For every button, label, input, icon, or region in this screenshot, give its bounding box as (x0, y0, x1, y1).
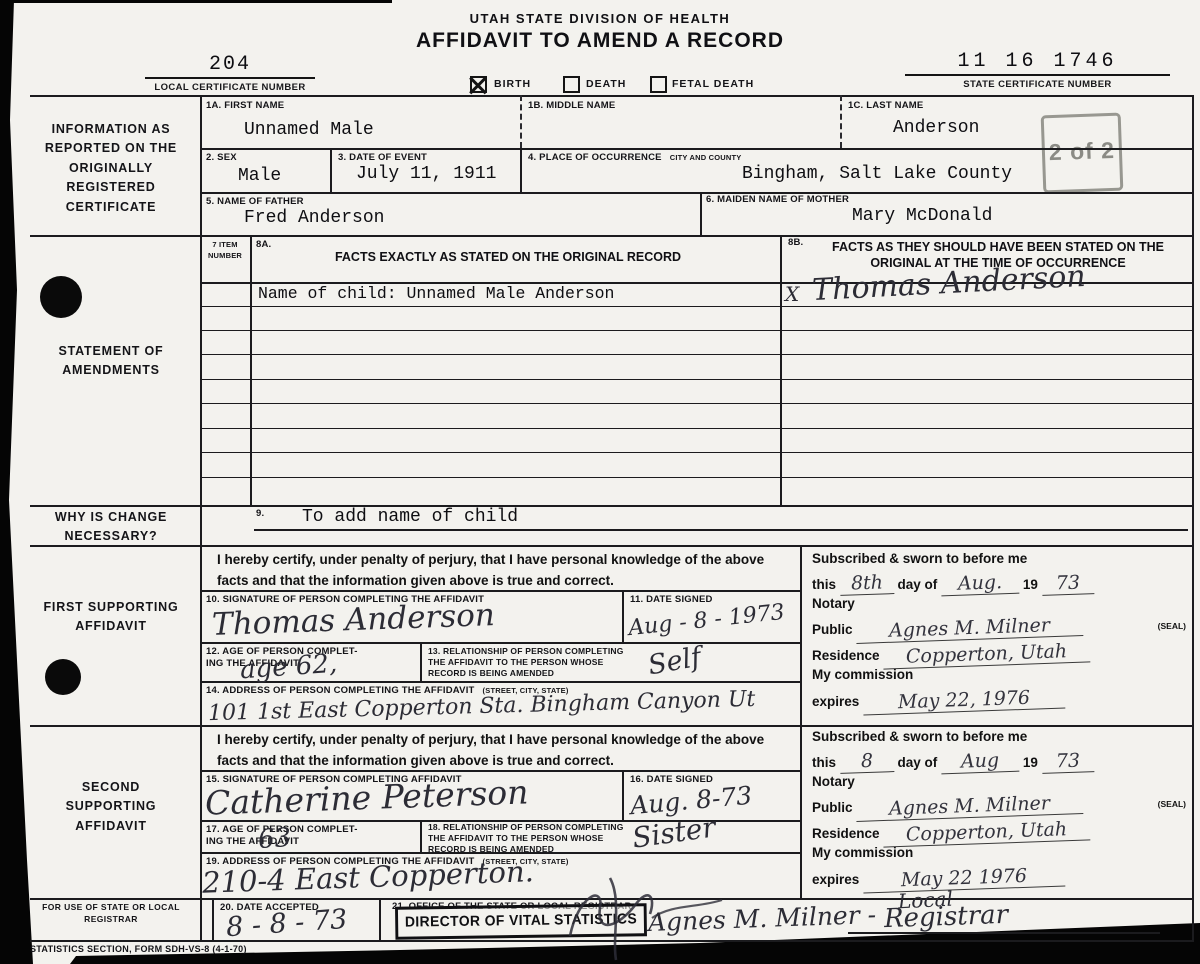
why-change-item-no: 9. (256, 508, 264, 520)
notary1-public-line: Public Agnes M. Milner (812, 617, 1083, 640)
notary2-expires-value: May 22 1976 (863, 863, 1066, 893)
aff1-relationship-value: Self (646, 642, 704, 682)
notary1-expires-line: expires May 22, 1976 (812, 689, 1065, 712)
notary1-residence-line: Residence Copperton, Utah (812, 643, 1090, 666)
amendment-original-text: Name of child: Unnamed Male Anderson (258, 284, 614, 303)
notary2-month-value: Aug (941, 749, 1020, 775)
notary2-day-value: 8 (839, 749, 894, 774)
field-label-place-sub: CITY AND COUNTY (670, 153, 742, 162)
scan-edge-top (0, 0, 392, 3)
certification-text-2: I hereby certify, under penalty of perju… (217, 730, 799, 772)
page-title: AFFIDAVIT TO AMEND A RECORD (250, 29, 950, 53)
notary2-name-value: Agnes M. Milner (856, 791, 1084, 822)
notary1-year-value: 73 (1041, 571, 1094, 596)
record-type-label-birth: BIRTH (494, 78, 531, 92)
scan-edge-left (0, 0, 36, 964)
notary1-name-value: Agnes M. Milner (856, 613, 1084, 644)
field-value-mother: Mary McDonald (852, 206, 992, 226)
notary2-date-line: this 8 day of Aug 19 73 (812, 750, 1094, 773)
notary1-residence-value: Copperton, Utah (883, 639, 1091, 669)
registrar-signature-underline (848, 932, 1160, 934)
section-why-change: WHY IS CHANGE NECESSARY? (35, 508, 187, 547)
notary2-sworn-line: Subscribed & sworn to before me (812, 729, 1027, 744)
aff2-relationship-label: 18. RELATIONSHIP OF PERSON COMPLETING TH… (428, 822, 628, 855)
field-label-place: 4. PLACE OF OCCURRENCECITY AND COUNTY (528, 152, 741, 164)
field-value-last-name: Anderson (893, 118, 979, 138)
notary2-residence-value: Copperton, Utah (883, 817, 1091, 847)
section-first-affidavit: FIRST SUPPORTING AFFIDAVIT (35, 598, 187, 637)
aff2-age-value: 63 (257, 823, 292, 855)
state-certificate-value: 11 16 1746 (905, 50, 1170, 76)
field-label-sex: 2. SEX (206, 152, 237, 164)
fetal-death-checkbox-icon (650, 76, 667, 93)
notary1-seal-label: (SEAL) (1158, 621, 1186, 631)
local-certificate-value: 204 (145, 53, 315, 79)
record-type-label-fetal-death: FETAL DEATH (672, 78, 754, 92)
death-checkbox-icon (563, 76, 580, 93)
field-label-mother: 6. MAIDEN NAME OF MOTHER (706, 194, 849, 206)
section-registrar-use: FOR USE OF STATE OR LOCAL REGISTRAR (38, 901, 184, 926)
notary1-expires-value: May 22, 1976 (863, 685, 1066, 715)
affidavit-form-scan: UTAH STATE DIVISION OF HEALTH AFFIDAVIT … (0, 0, 1200, 964)
notary2-seal-label: (SEAL) (1158, 799, 1186, 809)
field-label-father: 5. NAME OF FATHER (206, 196, 304, 208)
notary1-date-line: this 8th day of Aug. 19 73 (812, 572, 1094, 595)
section-original-info: INFORMATION AS REPORTED ON THE ORIGINALL… (32, 120, 190, 217)
section-amendments: STATEMENT OF AMENDMENTS (40, 342, 182, 381)
page-2of2-stamp: 2 of 2 (1041, 113, 1124, 194)
notary2-year-value: 73 (1041, 749, 1094, 774)
record-type-label-death: DEATH (586, 78, 626, 92)
field-value-sex: Male (238, 166, 281, 186)
field-label-first-name: 1A. FIRST NAME (206, 100, 284, 112)
section-second-affidavit: SECOND SUPPORTING AFFIDAVIT (35, 778, 187, 836)
state-certificate-number: 11 16 1746 STATE CERTIFICATE NUMBER (905, 50, 1170, 90)
notary1-sworn-line: Subscribed & sworn to before me (812, 551, 1027, 566)
aff1-date-signed-label: 11. DATE SIGNED (630, 594, 713, 606)
why-change-underline (254, 529, 1188, 531)
amendments-8a-number: 8A. (256, 239, 271, 251)
state-certificate-label: STATE CERTIFICATE NUMBER (905, 79, 1170, 90)
amendments-item-col-header: 7 ITEM NUMBER (206, 240, 244, 261)
field-value-place: Bingham, Salt Lake County (742, 164, 1012, 184)
certification-text-1: I hereby certify, under penalty of perju… (217, 550, 799, 592)
notary1-commission-label: My commission (812, 667, 913, 682)
notary1-notary-label: Notary (812, 596, 855, 611)
why-change-value: To add name of child (302, 507, 518, 527)
field-label-place-main: 4. PLACE OF OCCURRENCE (528, 152, 662, 163)
amendment-check-mark: X (785, 282, 799, 306)
form-number: STATISTICS SECTION, FORM SDH-VS-8 (4-1-7… (30, 944, 247, 956)
notary2-public-line: Public Agnes M. Milner (812, 795, 1083, 818)
notary1-month-value: Aug. (941, 571, 1020, 597)
field-value-date-of-event: July 11, 1911 (356, 164, 496, 184)
notary2-commission-label: My commission (812, 845, 913, 860)
hole-punch (45, 659, 81, 695)
field-label-date-of-event: 3. DATE OF EVENT (338, 152, 427, 164)
field-value-father: Fred Anderson (244, 208, 384, 228)
amendments-8b-number: 8B. (788, 237, 803, 249)
aff1-age-value: age 62, (239, 649, 338, 686)
field-value-first-name: Unnamed Male (244, 120, 374, 140)
notary-block-1: Subscribed & sworn to before me this 8th… (812, 551, 1190, 719)
agency-name: UTAH STATE DIVISION OF HEALTH (300, 11, 900, 26)
hole-punch (40, 276, 82, 318)
field-label-middle-name: 1B. MIDDLE NAME (528, 100, 615, 112)
amendments-8a-heading: FACTS EXACTLY AS STATED ON THE ORIGINAL … (288, 250, 728, 264)
registrar-role: Registrar (884, 900, 1009, 934)
aff1-relationship-label: 13. RELATIONSHIP OF PERSON COMPLETING TH… (428, 646, 628, 679)
local-certificate-number: 204 LOCAL CERTIFICATE NUMBER (145, 53, 315, 93)
notary2-notary-label: Notary (812, 774, 855, 789)
field-label-last-name: 1C. LAST NAME (848, 100, 923, 112)
notary2-residence-line: Residence Copperton, Utah (812, 821, 1090, 844)
notary1-day-value: 8th (839, 571, 894, 596)
notary-block-2: Subscribed & sworn to before me this 8 d… (812, 729, 1190, 897)
birth-checkbox-icon (470, 76, 487, 93)
local-certificate-label: LOCAL CERTIFICATE NUMBER (145, 82, 315, 93)
